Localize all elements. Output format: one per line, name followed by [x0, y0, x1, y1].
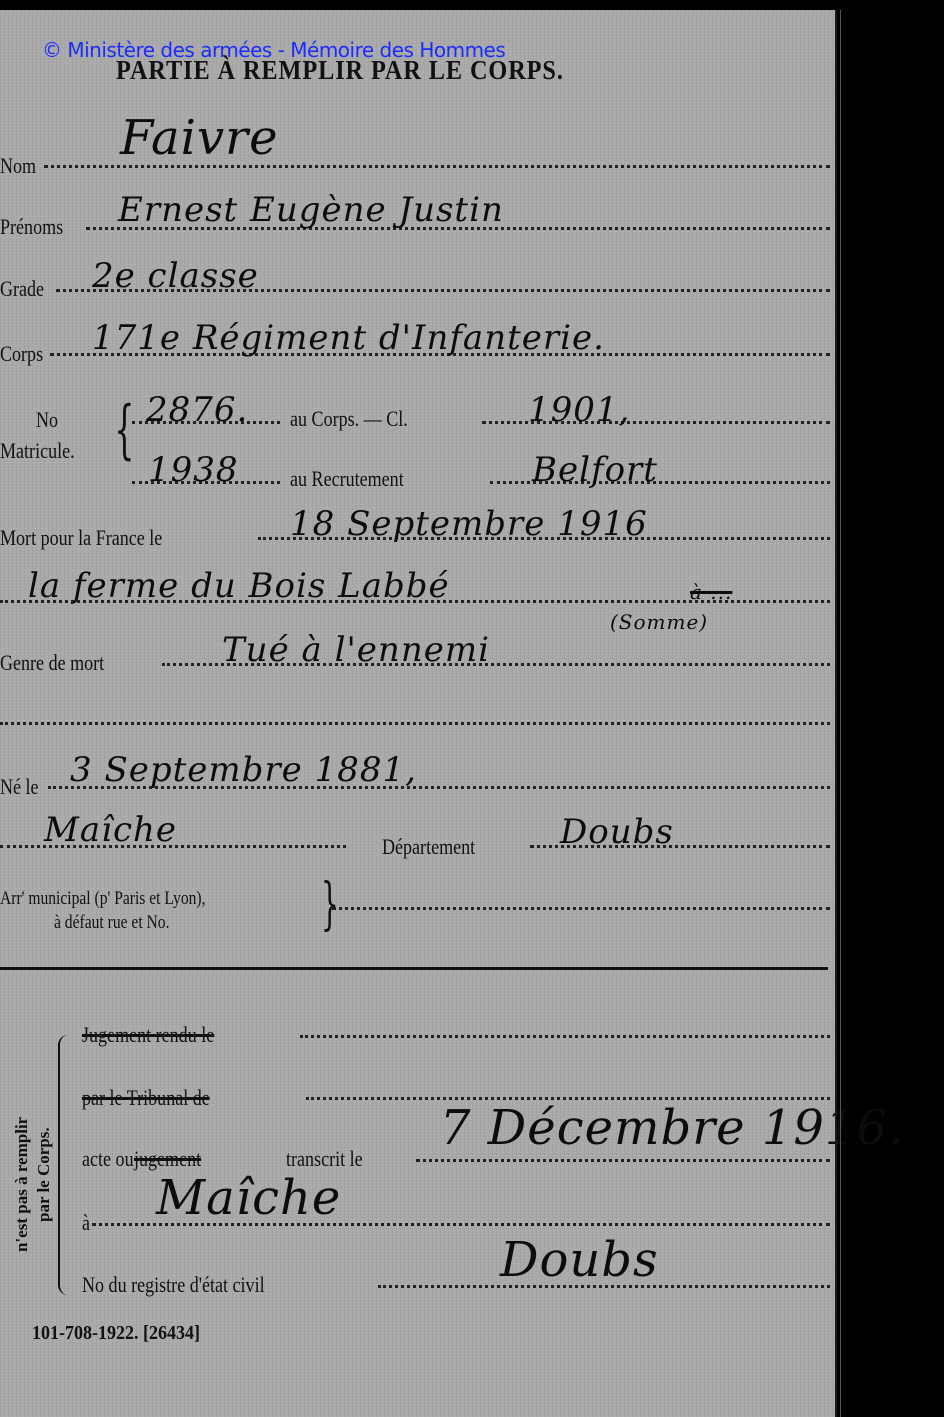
- corps-value: 171e Régiment d'Infanterie.: [92, 318, 605, 358]
- matricule-corps-label: au Corps. — Cl.: [290, 406, 408, 432]
- departement-label: Département: [382, 834, 475, 860]
- classe-value: 1901,: [528, 390, 630, 430]
- matricule-recrutement-number: 1938: [148, 450, 239, 490]
- naissance-commune: Maîche: [44, 810, 177, 850]
- registre-value: Doubs: [500, 1232, 659, 1288]
- matricule-brace: {: [114, 393, 134, 467]
- naissance-label: Né le: [0, 774, 39, 800]
- recrutement-label: au Recrutement: [290, 466, 404, 492]
- blank-dotted-line: [0, 722, 830, 725]
- matricule-label-no: No: [36, 407, 58, 433]
- arrondissement-brace: }: [321, 872, 339, 937]
- mort-place: la ferme du Bois Labbé: [28, 566, 450, 606]
- side-note-line-2: par le Corps.: [34, 1127, 54, 1222]
- acte-label-struck: jugement: [134, 1146, 201, 1172]
- arrondissement-label-2: à défaut rue et No.: [54, 912, 170, 934]
- genre-label: Genre de mort: [0, 650, 104, 676]
- corps-label: Corps: [0, 341, 43, 367]
- a-value: Maîche: [156, 1170, 341, 1226]
- prenoms-label: Prénoms: [0, 214, 63, 240]
- arrondissement-label-1: Arr' municipal (p' Paris et Lyon),: [0, 888, 206, 910]
- nom-value: Faivre: [120, 110, 278, 166]
- a-label: à: [82, 1210, 90, 1236]
- death-record-card: PARTIE À REMPLIR PAR LE CORPS. Nom Faivr…: [0, 10, 836, 1417]
- jugement-label: Jugement rendu le: [82, 1022, 214, 1048]
- departement-value: Doubs: [560, 812, 674, 852]
- tribunal-label: par le Tribunal de: [82, 1085, 210, 1111]
- copyright-watermark: © Ministère des armées - Mémoire des Hom…: [42, 38, 505, 62]
- acte-label-a: acte ou: [82, 1146, 134, 1172]
- recrutement-place: Belfort: [532, 450, 658, 490]
- mort-place-note: (Somme): [610, 610, 708, 634]
- grade-label: Grade: [0, 276, 44, 302]
- lower-section-brace: [58, 1035, 70, 1295]
- jugement-dotted-line: [300, 1035, 830, 1038]
- paper-edge-secondary: [840, 10, 841, 1417]
- prenoms-value: Ernest Eugène Justin: [118, 190, 504, 230]
- mort-label: Mort pour la France le: [0, 525, 162, 551]
- registre-label: No du registre d'état civil: [82, 1272, 265, 1298]
- acte-label-b: transcrit le: [286, 1146, 363, 1172]
- nom-label: Nom: [0, 153, 36, 179]
- mort-date: 18 Septembre 1916: [290, 504, 648, 544]
- side-note: n'est pas à remplir par le Corps.: [4, 1062, 60, 1292]
- genre-value: Tué à l'ennemi: [222, 630, 490, 670]
- matricule-label: Matricule.: [0, 438, 75, 464]
- side-note-line-1: n'est pas à remplir: [12, 1117, 32, 1252]
- form-reference: 101-708-1922. [26434]: [32, 1322, 200, 1345]
- matricule-corps-number: 2876.: [146, 390, 248, 430]
- acte-dotted-line: [416, 1159, 830, 1162]
- section-divider: [0, 967, 828, 970]
- arrondissement-dotted-line: [332, 907, 830, 910]
- mort-place-struck: à ...: [690, 580, 732, 604]
- paper-edge: [835, 10, 837, 1417]
- naissance-date: 3 Septembre 1881,: [70, 750, 417, 790]
- grade-value: 2e classe: [92, 256, 259, 296]
